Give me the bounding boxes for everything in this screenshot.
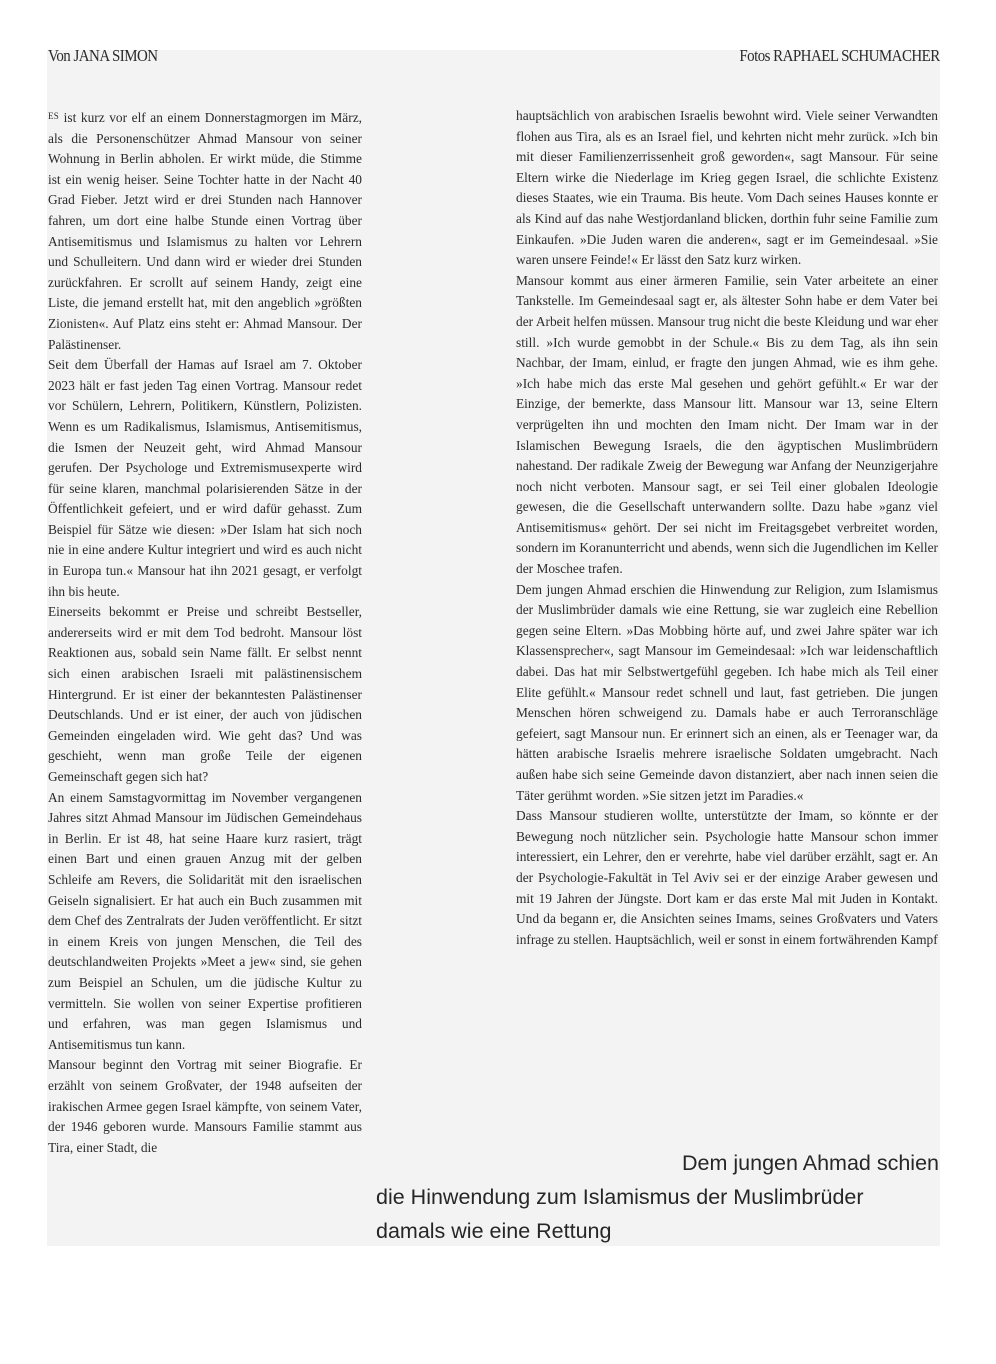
article-paragraph: An einem Samstagvormittag im November ve… xyxy=(48,788,362,1056)
author-prefix: Von xyxy=(48,46,70,65)
article-paragraph: Mansour kommt aus einer ärmeren Familie,… xyxy=(516,271,938,580)
article-paragraph: Dass Mansour studieren wollte, unterstüt… xyxy=(516,806,938,950)
photo-credit: Fotos RAPHAEL SCHUMACHER xyxy=(740,46,940,66)
article-paragraph: Mansour beginnt den Vortrag mit seiner B… xyxy=(48,1055,362,1158)
author-byline: Von JANA SIMON xyxy=(48,46,158,66)
article-paragraph: hauptsächlich von arabischen Israelis be… xyxy=(516,106,938,271)
author-name: JANA SIMON xyxy=(73,46,157,65)
article-paragraph: ES ist kurz vor elf an einem Donnerstagm… xyxy=(48,106,362,355)
article-column-right: hauptsächlich von arabischen Israelis be… xyxy=(516,106,938,950)
article-column-left: ES ist kurz vor elf an einem Donnerstagm… xyxy=(48,106,362,1158)
article-paragraph: Dem jungen Ahmad erschien die Hinwendung… xyxy=(516,580,938,807)
pull-quote-line: damals wie eine Rettung xyxy=(376,1214,939,1248)
photo-prefix: Fotos xyxy=(740,46,771,65)
article-paragraph: Seit dem Überfall der Hamas auf Israel a… xyxy=(48,355,362,602)
dropcap: ES xyxy=(48,111,59,121)
pull-quote-line: die Hinwendung zum Islamismus der Muslim… xyxy=(376,1180,939,1214)
pull-quote-line: Dem jungen Ahmad schien xyxy=(376,1146,939,1180)
pull-quote: Dem jungen Ahmad schien die Hinwendung z… xyxy=(376,1146,939,1248)
photographer-name: RAPHAEL SCHUMACHER xyxy=(773,46,940,65)
article-paragraph: Einerseits bekommt er Preise und schreib… xyxy=(48,602,362,787)
